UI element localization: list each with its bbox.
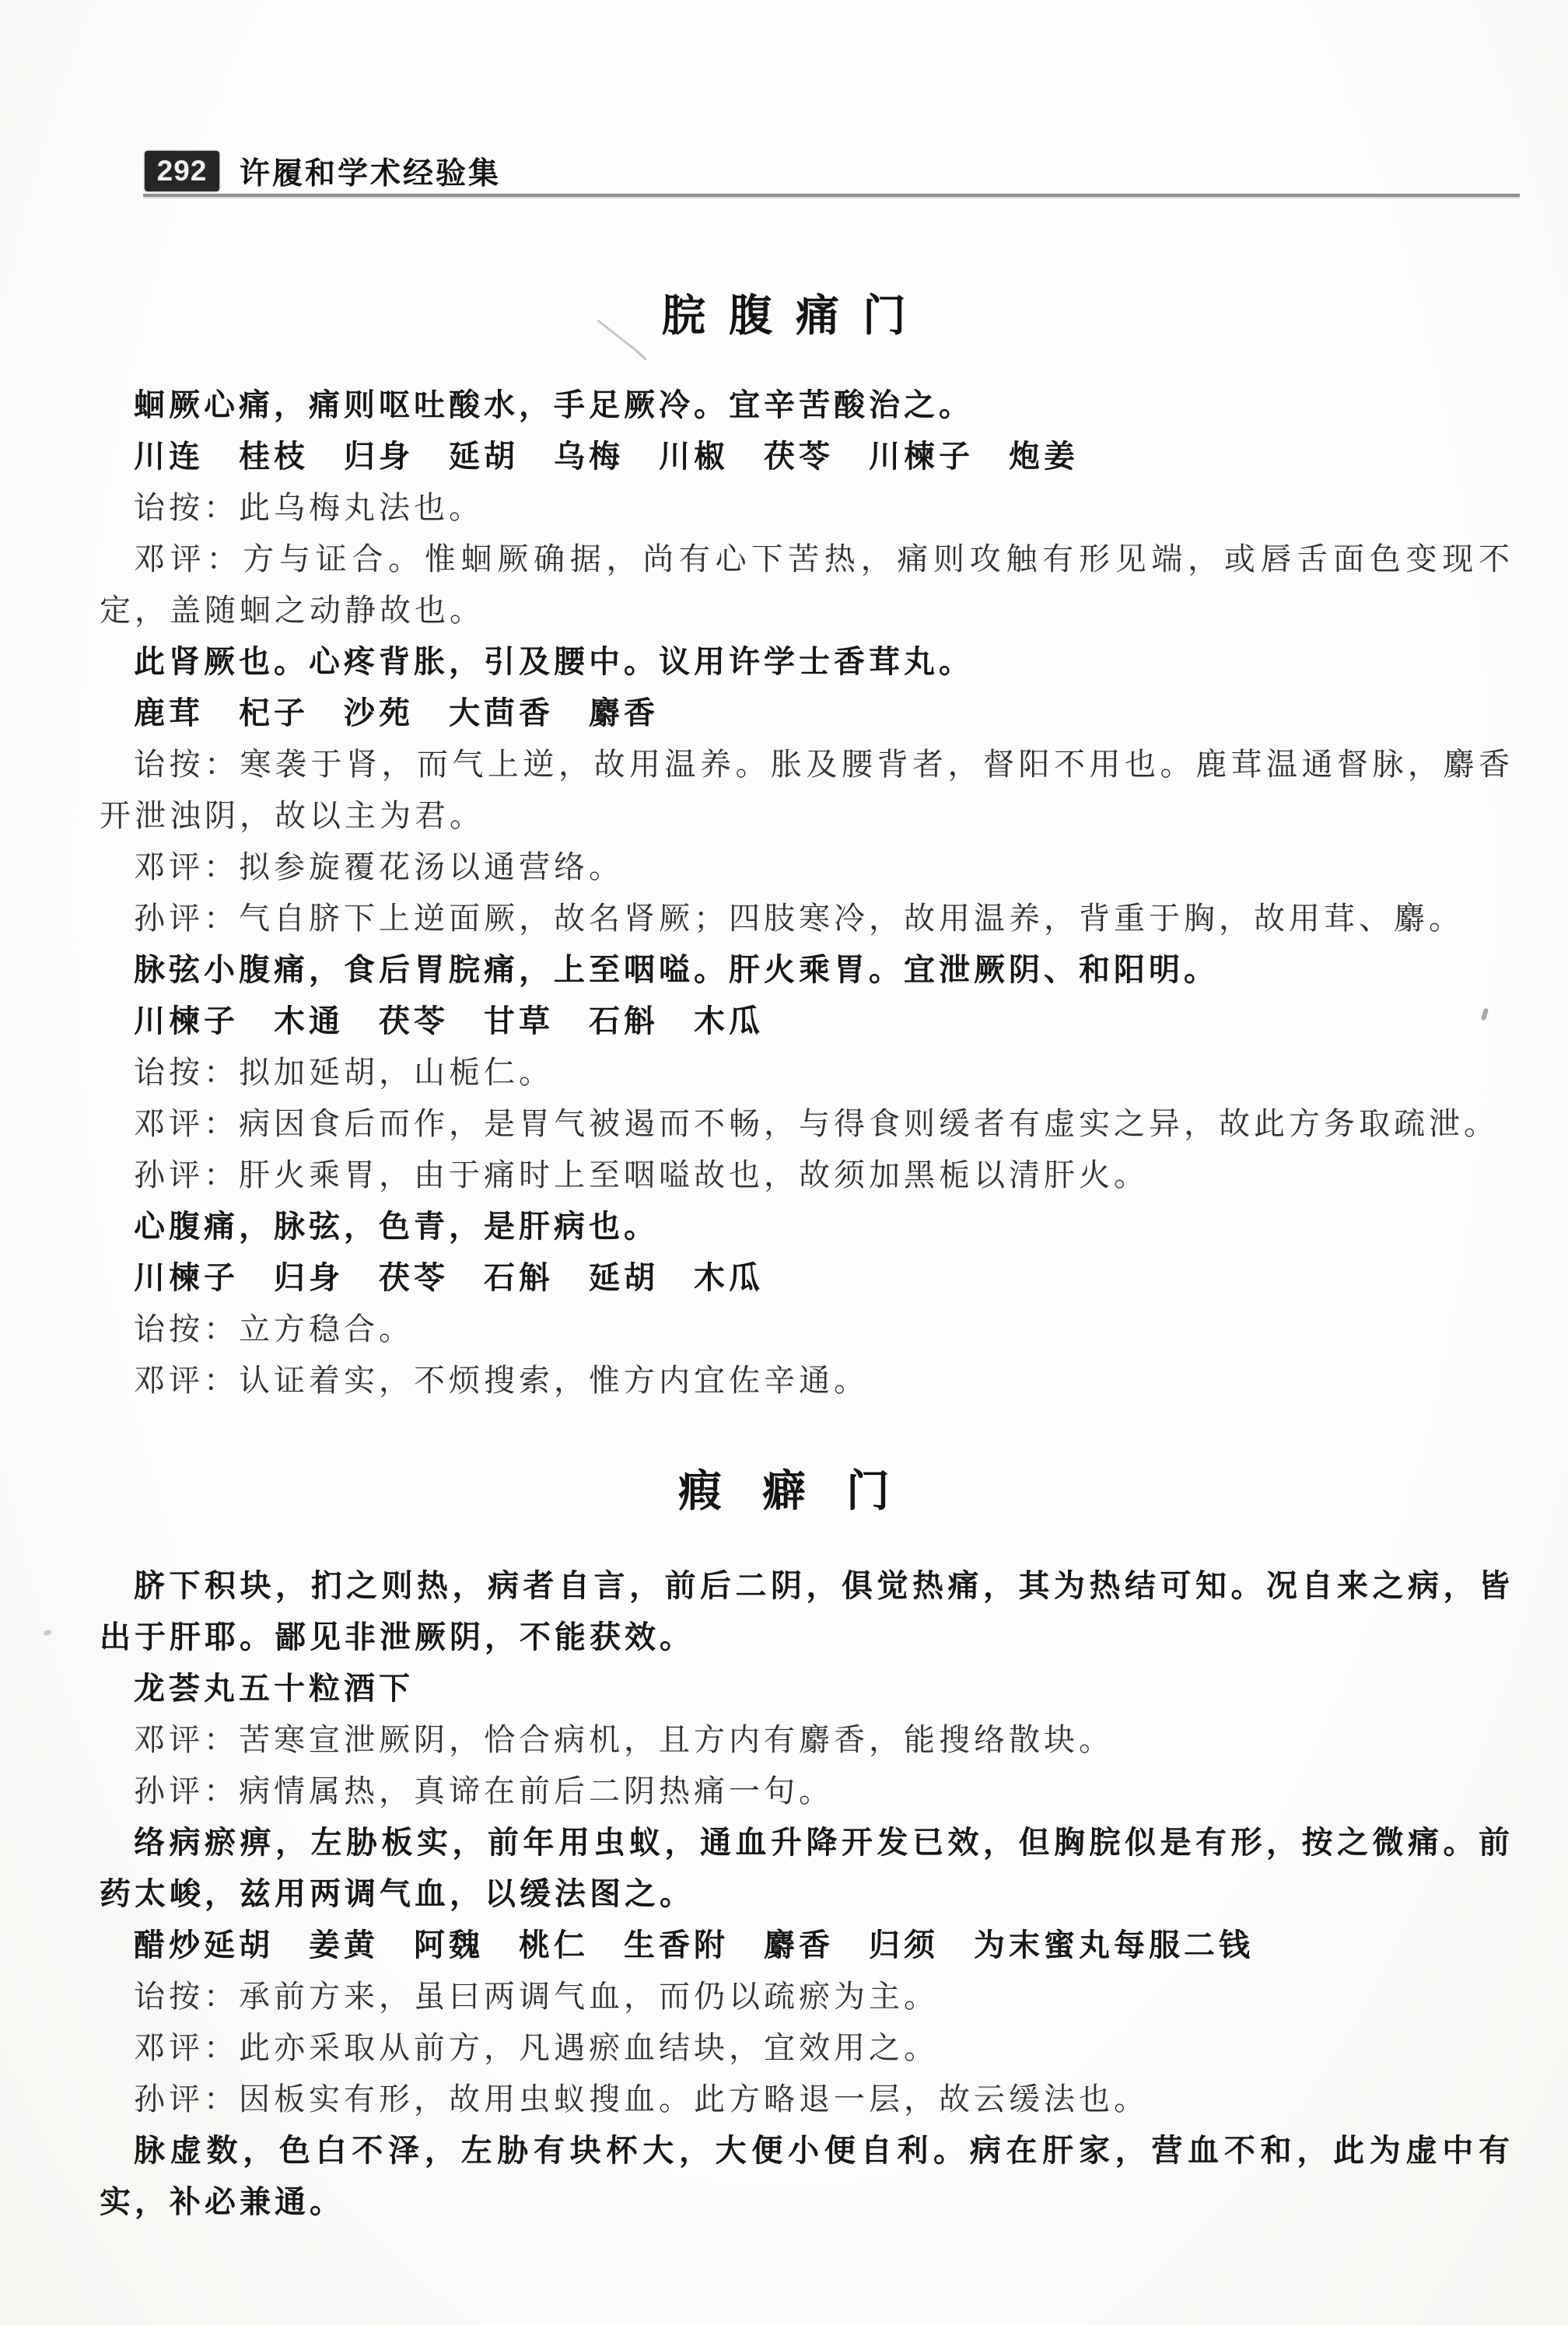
comment-line: 孙评：气自脐下上逆面厥，故名肾厥；四肢寒冷，故用温养，背重于胸，故用茸、麝。: [100, 893, 1514, 944]
chapter-title: 脘腹痛门: [0, 282, 1568, 344]
chapter-title: 瘕癖门: [0, 1457, 1568, 1519]
comment-line: 邓评：方与证合。惟蛔厥确据，尚有心下苦热，痛则攻触有形见端，或唇舌面色变现不定，…: [100, 534, 1514, 636]
chapter-body: 蛔厥心痛，痛则呕吐酸水，手足厥冷。宜辛苦酸治之。川连 桂枝 归身 延胡 乌梅 川…: [100, 380, 1514, 1406]
case-line: 络病瘀痹，左胁板实，前年用虫蚁，通血升降开发已效，但胸脘似是有形，按之微痛。前药…: [100, 1817, 1514, 1920]
case-line: 脉虚数，色白不泽，左胁有块杯大，大便小便自利。病在肝家，营血不和，此为虚中有实，…: [100, 2125, 1514, 2228]
comment-line: 诒按：此乌梅丸法也。: [100, 482, 1514, 534]
case-line: 脉弦小腹痛，食后胃脘痛，上至咽嗌。肝火乘胃。宜泄厥阴、和阳明。: [100, 944, 1514, 996]
comment-line: 邓评：病因食后而作，是胃气被遏而不畅，与得食则缓者有虚实之异，故此方务取疏泄。: [100, 1098, 1514, 1150]
page-header: 292 许履和学术经验集: [145, 149, 1517, 193]
prescription-line: 川楝子 木通 茯苓 甘草 石斛 木瓜: [100, 996, 1514, 1047]
header-divider: [143, 194, 1520, 197]
comment-line: 诒按：承前方来，虽曰两调气血，而仍以疏瘀为主。: [100, 1971, 1514, 2022]
page-number-badge: 292: [145, 151, 219, 191]
comment-line: 孙评：肝火乘胃，由于痛时上至咽嗌故也，故须加黑栀以清肝火。: [100, 1150, 1514, 1201]
prescription-line: 龙荟丸五十粒酒下: [100, 1663, 1514, 1714]
comment-line: 邓评：拟参旋覆花汤以通营络。: [100, 842, 1514, 893]
scan-speck: [43, 1629, 51, 1636]
prescription-line: 醋炒延胡 姜黄 阿魏 桃仁 生香附 麝香 归须 为末蜜丸每服二钱: [100, 1920, 1514, 1971]
scanned-book-page: 292 许履和学术经验集 脘腹痛门 蛔厥心痛，痛则呕吐酸水，手足厥冷。宜辛苦酸治…: [0, 0, 1568, 2325]
prescription-line: 川连 桂枝 归身 延胡 乌梅 川椒 茯苓 川楝子 炮姜: [100, 431, 1514, 482]
prescription-line: 川楝子 归身 茯苓 石斛 延胡 木瓜: [100, 1252, 1514, 1304]
case-line: 此肾厥也。心疼背胀，引及腰中。议用许学士香茸丸。: [100, 636, 1514, 688]
comment-line: 邓评：认证着实，不烦搜索，惟方内宜佐辛通。: [100, 1355, 1514, 1406]
comment-line: 邓评：此亦采取从前方，凡遇瘀血结块，宜效用之。: [100, 2022, 1514, 2074]
comment-line: 孙评：因板实有形，故用虫蚁搜血。此方略退一层，故云缓法也。: [100, 2074, 1514, 2125]
comment-line: 诒按：寒袭于肾，而气上逆，故用温养。胀及腰背者，督阳不用也。鹿茸温通督脉，麝香开…: [100, 739, 1514, 842]
case-line: 心腹痛，脉弦，色青，是肝病也。: [100, 1201, 1514, 1252]
case-line: 脐下积块，扪之则热，病者自言，前后二阴，俱觉热痛，其为热结可知。况自来之病，皆出…: [100, 1560, 1514, 1663]
scan-smudge: [630, 345, 646, 361]
comment-line: 诒按：拟加延胡，山栀仁。: [100, 1047, 1514, 1098]
prescription-line: 鹿茸 杞子 沙苑 大茴香 麝香: [100, 688, 1514, 739]
book-title: 许履和学术经验集: [240, 149, 501, 193]
chapter-body: 脐下积块，扪之则热，病者自言，前后二阴，俱觉热痛，其为热结可知。况自来之病，皆出…: [100, 1560, 1514, 2228]
comment-line: 诒按：立方稳合。: [100, 1304, 1514, 1355]
case-line: 蛔厥心痛，痛则呕吐酸水，手足厥冷。宜辛苦酸治之。: [100, 380, 1514, 431]
page-number: 292: [157, 155, 208, 187]
comment-line: 邓评：苦寒宣泄厥阴，恰合病机，且方内有麝香，能搜络散块。: [100, 1714, 1514, 1766]
comment-line: 孙评：病情属热，真谛在前后二阴热痛一句。: [100, 1766, 1514, 1817]
